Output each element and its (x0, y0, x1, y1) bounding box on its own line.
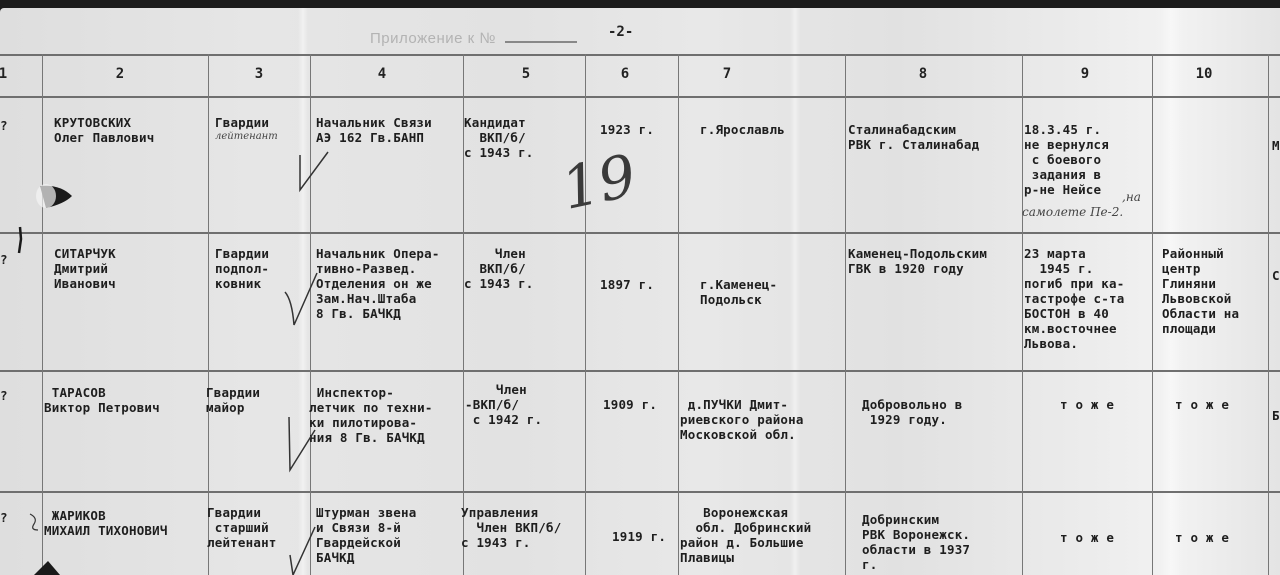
column-number-1: 1 (0, 66, 18, 82)
row2-position: Начальник Опера- тивно-Развед. Отделения… (316, 246, 440, 321)
row4-party: Управления Член ВКП/б/ с 1943 г. (461, 505, 561, 550)
row3-name: ТАРАСОВ Виктор Петрович (44, 385, 160, 415)
paper-fold (790, 8, 800, 575)
row1-fate: 18.3.45 г. не вернулся с боевого задания… (1024, 122, 1109, 197)
row3-position: Инспектор- летчик по техни- ки пилотиров… (309, 385, 433, 445)
handwritten-mark (28, 512, 42, 532)
row4-col1-fragment: ? (0, 510, 8, 525)
row2-burial: Районный центр Глиняни Львовской Области… (1162, 246, 1239, 336)
row3-draft: Добровольно в 1929 году. (862, 397, 962, 427)
row2-party: Член ВКП/б/ с 1943 г. (464, 246, 534, 291)
table-border (0, 96, 1280, 98)
table-border (1268, 54, 1269, 575)
row1-col1-fragment: ? (0, 118, 8, 133)
row1-rank-handwritten: лейтенант (215, 131, 278, 142)
row1-position: Начальник Связи АЭ 162 Гв.БАНП (316, 115, 432, 145)
row1-party: Кандидат ВКП/б/ с 1943 г. (464, 115, 534, 160)
row2-col11-fragment: С (1272, 268, 1280, 283)
column-number-7: 7 (712, 66, 742, 82)
table-border (845, 54, 846, 575)
row3-birthplace: д.ПУЧКИ Дмит- риевского района Московско… (680, 397, 804, 442)
row2-draft: Каменец-Подольским ГВК в 1920 году (848, 246, 987, 276)
row4-fate: т о ж е (1060, 530, 1114, 545)
row1-rank: Гвардии (215, 115, 269, 130)
row1-birth-year: 1923 г. (600, 122, 654, 137)
row4-position: Штурман звена и Связи 8-й Гвардейской БА… (316, 505, 416, 565)
column-number-2: 2 (105, 66, 135, 82)
paper-damage-mark (34, 178, 84, 218)
row3-fate: т о ж е (1060, 397, 1114, 412)
stamp-underline (505, 41, 577, 43)
row3-burial: т о ж е (1175, 397, 1229, 412)
row4-rank: Гвардии старший лейтенант (207, 505, 277, 550)
row4-name: ЖАРИКОВ МИХАИЛ ТИХОНОВИЧ (44, 508, 168, 538)
table-border (208, 54, 209, 575)
column-number-4: 4 (367, 66, 397, 82)
checkmark-icon (285, 415, 325, 475)
row1-col11-fragment: М (1272, 138, 1280, 153)
row3-birth-year: 1909 г. (603, 397, 657, 412)
row4-draft: Добринским РВК Воронежск. области в 1937… (862, 512, 970, 572)
row2-col1-fragment: ? (0, 252, 8, 267)
column-number-5: 5 (511, 66, 541, 82)
column-number-8: 8 (908, 66, 938, 82)
table-border (1022, 54, 1023, 575)
row2-birth-year: 1897 г. (600, 277, 654, 292)
row1-name: КРУТОВСКИХ Олег Павлович (54, 115, 154, 145)
table-border (585, 54, 586, 575)
table-border (0, 370, 1280, 372)
row1-birthplace: г.Ярославль (700, 122, 785, 137)
row2-rank: Гвардии подпол- ковник (215, 246, 269, 291)
table-border (0, 491, 1280, 493)
table-border (1152, 54, 1153, 575)
table-border (0, 232, 1280, 234)
page-number: -2- (608, 24, 633, 40)
row4-birthplace: Воронежская обл. Добринский район д. Бол… (680, 505, 811, 565)
paper-damage-mark (14, 225, 26, 255)
table-border (678, 54, 679, 575)
row4-burial: т о ж е (1175, 530, 1229, 545)
checkmark-icon (295, 150, 335, 195)
row2-birthplace: г.Каменец- Подольск (700, 277, 777, 307)
row3-col1-fragment: ? (0, 388, 8, 403)
row2-fate: 23 марта 1945 г. погиб при ка- тастрофе … (1024, 246, 1124, 351)
column-number-6: 6 (610, 66, 640, 82)
column-number-3: 3 (244, 66, 274, 82)
column-number-9: 9 (1070, 66, 1100, 82)
table-border (0, 54, 1280, 56)
row1-draft: Сталинабадским РВК г. Сталинабад (848, 122, 979, 152)
row4-birth-year: 1919 г. (612, 529, 666, 544)
checkmark-icon (285, 525, 325, 575)
checkmark-icon (282, 270, 322, 330)
row1-fate-handwritten: ,на самолете Пе-2. (1022, 190, 1141, 220)
column-number-10: 10 (1189, 66, 1219, 82)
table-border (42, 54, 43, 575)
row3-rank: Гвардии майор (206, 385, 260, 415)
row3-party: Член -ВКП/б/ с 1942 г. (465, 382, 542, 427)
paper-damage-mark (30, 555, 70, 575)
row2-name: СИТАРЧУК Дмитрий Иванович (54, 246, 116, 291)
stamp-text: Приложение к № (370, 30, 496, 47)
row3-col11-fragment: Б (1272, 408, 1280, 423)
